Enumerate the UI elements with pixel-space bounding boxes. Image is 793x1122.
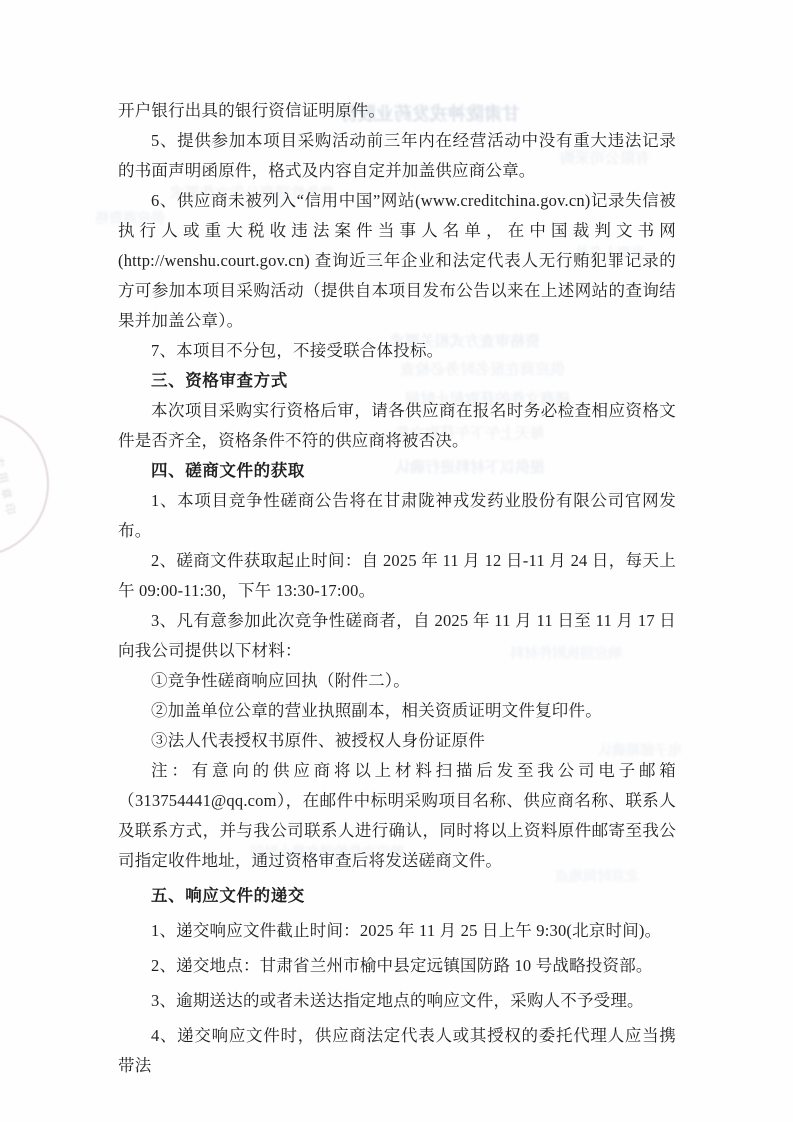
paragraph-section5-item-4: 4、递交响应文件时，供应商法定代表人或其授权的委托代理人应当携带法 bbox=[118, 1021, 676, 1081]
paragraph-qualification-review: 本次项目采购实行资格后审，请各供应商在报名时务必检查相应资格文件是否齐全，资格条… bbox=[118, 396, 676, 456]
paragraph-item-6: 6、供应商未被列入“信用中国”网站(www.creditchina.gov.cn… bbox=[118, 186, 676, 336]
paragraph-item-5: 5、提供参加本项目采购活动前三年内在经营活动中没有重大违法记录的书面声明函原件，… bbox=[118, 126, 676, 186]
heading-section-4: 四、磋商文件的获取 bbox=[118, 456, 676, 486]
paragraph-section4-item-1: 1、本项目竞争性磋商公告将在甘肃陇神戎发药业股份有限公司官网发布。 bbox=[118, 486, 676, 546]
paragraph-bank-credit-continuation: 开户银行出具的银行资信证明原件。 bbox=[118, 96, 676, 126]
paragraph-section5-item-3: 3、逾期送达的或者未送达指定地点的响应文件，采购人不予受理。 bbox=[118, 986, 676, 1016]
paragraph-material-1: ①竞争性磋商响应回执（附件二）。 bbox=[118, 666, 676, 696]
paragraph-section4-item-2: 2、磋商文件获取起止时间：自 2025 年 11 月 12 日-11 月 24 … bbox=[118, 546, 676, 606]
paragraph-note: 注：有意向的供应商将以上材料扫描后发至我公司电子邮箱（313754441@qq.… bbox=[118, 756, 676, 876]
paragraph-section5-item-2: 2、递交地点：甘肃省兰州市榆中县定远镇国防路 10 号战略投资部。 bbox=[118, 951, 676, 981]
paragraph-section4-item-3: 3、凡有意参加此次竞争性磋商者，自 2025 年 11 月 11 日至 11 月… bbox=[118, 606, 676, 666]
heading-section-3: 三、资格审查方式 bbox=[118, 366, 676, 396]
heading-section-5: 五、响应文件的递交 bbox=[118, 881, 676, 911]
scanned-document-page: 专用章印 甘肃陇神戎发药业股份有限公司采购竞争性磋商公告文件要求供应商资格当事人… bbox=[0, 0, 793, 1122]
document-text: 开户银行出具的银行资信证明原件。5、提供参加本项目采购活动前三年内在经营活动中没… bbox=[118, 96, 676, 1081]
paragraph-material-2: ②加盖单位公章的营业执照副本，相关资质证明文件复印件。 bbox=[118, 696, 676, 726]
paragraph-section5-item-1: 1、递交响应文件截止时间：2025 年 11 月 25 日上午 9:30(北京时… bbox=[118, 916, 676, 946]
paragraph-item-7: 7、本项目不分包，不接受联合体投标。 bbox=[118, 336, 676, 366]
paragraph-material-3: ③法人代表授权书原件、被授权人身份证原件 bbox=[118, 726, 676, 756]
